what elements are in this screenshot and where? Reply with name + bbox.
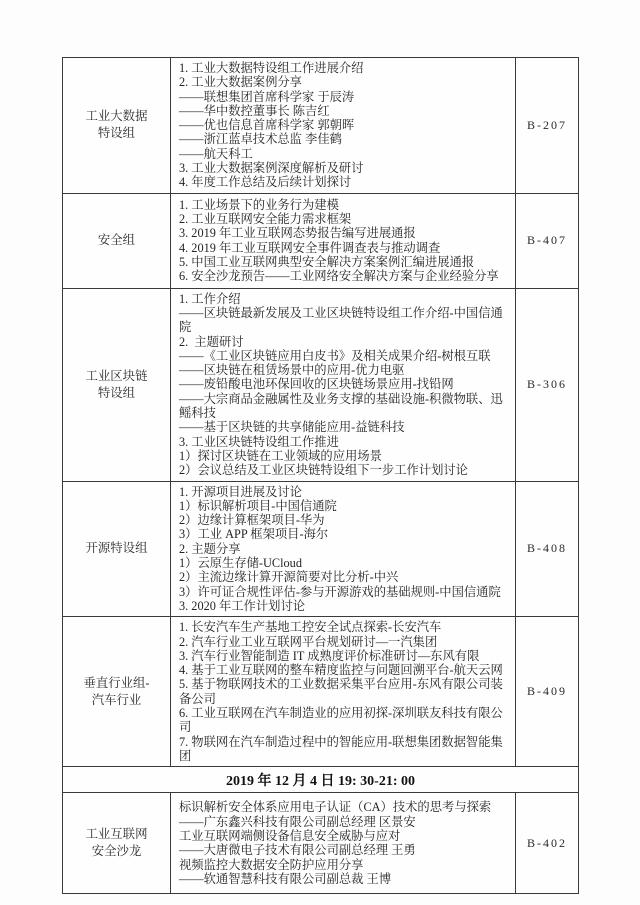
agenda-line: 2）边缘计算框架项目-华为 [179,513,507,527]
room-number: B-402 [516,793,579,894]
group-line: 安全组 [63,232,170,249]
agenda-line: ——《工业区块链应用白皮书》及相关成果介绍-树根互联 [179,349,507,363]
agenda-line: 2）主流边缘计算开源简要对比分析-中兴 [179,570,507,584]
room-number: B-306 [516,288,579,481]
agenda-line: 3. 2019 年工业互联网态势报告编写进展通报 [179,226,507,240]
agenda-line: 3）工业 APP 框架项目-海尔 [179,527,507,541]
group-line: 工业区块链 [63,368,170,385]
agenda-items-cell: 标识解析安全体系应用电子认证（CA）技术的思考与探索——广东鑫兴科技有限公司副总… [171,793,516,894]
room-number: B-409 [516,617,579,767]
room-number: B-207 [516,58,579,194]
agenda-items-cell: 1. 长安汽车生产基地工控安全试点探索-长安汽车2. 汽车行业工业互联网平台规划… [171,617,516,767]
agenda-line: ——广东鑫兴科技有限公司副总经理 区景安 [179,815,507,829]
agenda-line: 4. 2019 年工业互联网安全事件调查表与推动调查 [179,241,507,255]
agenda-line: 工业互联网端侧设备信息安全威胁与应对 [179,829,507,843]
agenda-line: 视频监控大数据安全防护应用分享 [179,858,507,872]
agenda-line: 3. 工业大数据案例深度解析及研讨 [179,161,507,175]
agenda-line: 1. 开源项目进展及讨论 [179,485,507,499]
group-line: 特设组 [63,125,170,142]
group-line: 特设组 [63,385,170,402]
agenda-line: 2. 汽车行业工业互联网平台规划研讨—一汽集团 [179,635,507,649]
group-name-cell: 工业区块链特设组 [63,288,171,481]
session-row-security-salon: 工业互联网安全沙龙 标识解析安全体系应用电子认证（CA）技术的思考与探索——广东… [63,793,579,894]
agenda-line: 2. 主题分享 [179,542,507,556]
agenda-items-cell: 1. 开源项目进展及讨论1）标识解析项目-中国信通院2）边缘计算框架项目-华为3… [171,481,516,617]
group-name-cell: 垂直行业组-汽车行业 [63,617,171,767]
agenda-line: 3）许可证合规性评估-参与开源游戏的基础规则-中国信通院 [179,585,507,599]
session-row-open-source: 开源特设组 1. 开源项目进展及讨论1）标识解析项目-中国信通院2）边缘计算框架… [63,481,579,617]
agenda-line: 标识解析安全体系应用电子认证（CA）技术的思考与探索 [179,800,507,814]
agenda-line: 1. 长安汽车生产基地工控安全试点探索-长安汽车 [179,620,507,634]
group-line: 工业大数据 [63,108,170,125]
agenda-line: ——废铅酸电池环保回收的区块链场景应用-找铅网 [179,377,507,391]
agenda-line: 6. 安全沙龙预告——工业网络安全解决方案与企业经验分享 [179,269,507,283]
group-line: 汽车行业 [63,692,170,709]
agenda-line: ——大唐微电子技术有限公司副总经理 王勇 [179,843,507,857]
group-name-cell: 开源特设组 [63,481,171,617]
agenda-line: 1）标识解析项目-中国信通院 [179,499,507,513]
agenda-line: ——基于区块链的共享储能应用-益链科技 [179,420,507,434]
document-page: 工业大数据特设组 1. 工业大数据特设组工作进展介绍2. 工业大数据案例分享——… [0,0,640,905]
conference-agenda-table: 工业大数据特设组 1. 工业大数据特设组工作进展介绍2. 工业大数据案例分享——… [62,57,579,894]
room-number: B-408 [516,481,579,617]
agenda-line: 7. 物联网在汽车制造过程中的智能应用-联想集团数据智能集团 [179,735,507,764]
agenda-line: ——联想集团首席科学家 于辰涛 [179,90,507,104]
agenda-line: ——区块链在租赁场景中的应用-优力电驱 [179,363,507,377]
agenda-line: ——优也信息首席科学家 郭朝晖 [179,118,507,132]
agenda-line: 1. 工业场景下的业务行为建模 [179,198,507,212]
agenda-line: ——航天科工 [179,147,507,161]
session-row-industrial-blockchain: 工业区块链特设组 1. 工作介绍——区块链最新发展及工业区块链特设组工作介绍-中… [63,288,579,481]
agenda-items-cell: 1. 工作介绍——区块链最新发展及工业区块链特设组工作介绍-中国信通院2. 主题… [171,288,516,481]
agenda-line: 2. 主题研讨 [179,335,507,349]
group-line: 垂直行业组- [63,675,170,692]
agenda-items-cell: 1. 工业场景下的业务行为建模2. 工业互联网安全能力需求框架3. 2019 年… [171,193,516,288]
agenda-line: ——华中数控董事长 陈吉红 [179,104,507,118]
agenda-line: 1）探讨区块链在工业领域的应用场景 [179,449,507,463]
session-row-industrial-big-data: 工业大数据特设组 1. 工业大数据特设组工作进展介绍2. 工业大数据案例分享——… [63,58,579,194]
group-line: 安全沙龙 [63,843,170,860]
agenda-line: 1. 工业大数据特设组工作进展介绍 [179,61,507,75]
agenda-line: 2. 工业大数据案例分享 [179,75,507,89]
agenda-line: 5. 基于物联网技术的工业数据采集平台应用-东风有限公司装备公司 [179,677,507,706]
agenda-line: 3. 工业区块链特设组工作推进 [179,435,507,449]
agenda-line: 3. 汽车行业智能制造 IT 成熟度评价标准研讨—东风有限 [179,649,507,663]
date-session-header: 2019 年 12 月 4 日 19: 30-21: 00 [63,767,579,793]
agenda-line: 3. 2020 年工作计划讨论 [179,599,507,613]
agenda-line: 5. 中国工业互联网典型安全解决方案案例汇编进展通报 [179,255,507,269]
agenda-line: 2. 工业互联网安全能力需求框架 [179,212,507,226]
session-row-security-group: 安全组 1. 工业场景下的业务行为建模2. 工业互联网安全能力需求框架3. 20… [63,193,579,288]
group-line: 工业互联网 [63,826,170,843]
group-name-cell: 工业大数据特设组 [63,58,171,194]
agenda-line: 1. 工作介绍 [179,292,507,306]
session-row-vertical-automotive: 垂直行业组-汽车行业 1. 长安汽车生产基地工控安全试点探索-长安汽车2. 汽车… [63,617,579,767]
group-name-cell: 安全组 [63,193,171,288]
agenda-line: 4. 年度工作总结及后续计划探讨 [179,175,507,189]
agenda-line: ——区块链最新发展及工业区块链特设组工作介绍-中国信通院 [179,306,507,335]
group-line: 开源特设组 [63,540,170,557]
agenda-line: ——大宗商品金融属性及业务支撑的基础设施-积微物联、迅鳐科技 [179,392,507,421]
room-number: B-407 [516,193,579,288]
agenda-line: 6. 工业互联网在汽车制造业的应用初探-深圳联友科技有限公司 [179,706,507,735]
group-name-cell: 工业互联网安全沙龙 [63,793,171,894]
agenda-line: ——软通智慧科技有限公司副总裁 王博 [179,872,507,886]
date-header-row: 2019 年 12 月 4 日 19: 30-21: 00 [63,767,579,793]
agenda-items-cell: 1. 工业大数据特设组工作进展介绍2. 工业大数据案例分享——联想集团首席科学家… [171,58,516,194]
agenda-line: 2）会议总结及工业区块链特设组下一步工作计划讨论 [179,463,507,477]
agenda-line: 1）云原生存储-UCloud [179,556,507,570]
agenda-line: 4. 基于工业互联网的整车精度监控与问题回溯平台-航天云网 [179,663,507,677]
agenda-line: ——浙江蓝卓技术总监 李佳鹤 [179,132,507,146]
